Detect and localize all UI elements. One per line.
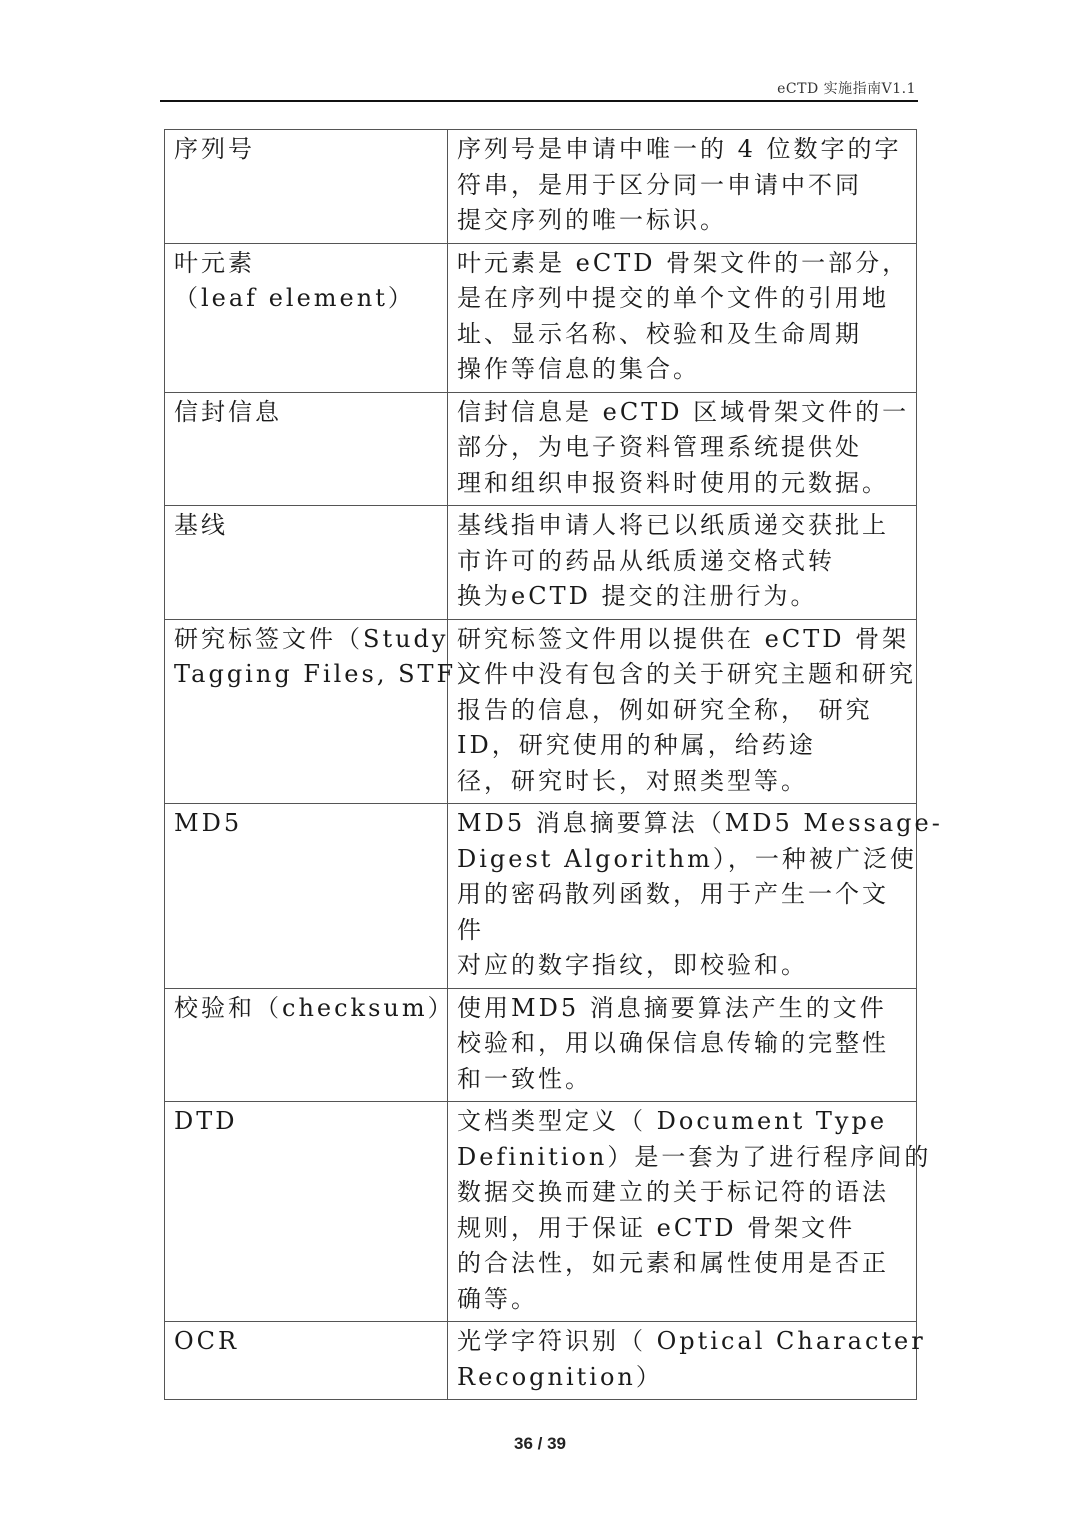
definition-text: 件 (457, 913, 908, 949)
definition-cell: 信封信息是 eCTD 区域骨架文件的一部分，为电子资料管理系统提供处理和组织申报… (448, 392, 917, 506)
definition-text: 数据交换而建立的关于标记符的语法 (457, 1175, 908, 1211)
definition-text: 光学字符识别（ Optical Character (457, 1324, 908, 1360)
term-cell: MD5 (165, 804, 448, 989)
term-text: MD5 (174, 806, 439, 842)
definition-text: Digest Algorithm），一种被广泛使 (457, 842, 908, 878)
table-row: OCR光学字符识别（ Optical CharacterRecognition） (165, 1322, 917, 1400)
definition-text: 市许可的药品从纸质递交格式转 (457, 544, 908, 580)
definition-text: Recognition） (457, 1360, 908, 1396)
table-row: 校验和（checksum）使用MD5 消息摘要算法产生的文件校验和，用以确保信息… (165, 988, 917, 1102)
definition-text: 规则，用于保证 eCTD 骨架文件 (457, 1211, 908, 1247)
definition-text: 和一致性。 (457, 1062, 908, 1098)
definition-text: 操作等信息的集合。 (457, 352, 908, 388)
definition-text: 用的密码散列函数，用于产生一个文 (457, 877, 908, 913)
header-divider (160, 100, 918, 102)
definition-cell: 光学字符识别（ Optical CharacterRecognition） (448, 1322, 917, 1400)
definition-text: 径，研究时长，对照类型等。 (457, 764, 908, 800)
definition-cell: 研究标签文件用以提供在 eCTD 骨架文件中没有包含的关于研究主题和研究报告的信… (448, 619, 917, 804)
definition-text: 校验和，用以确保信息传输的完整性 (457, 1026, 908, 1062)
term-text: OCR (174, 1324, 439, 1360)
definitions-table: 序列号序列号是申请中唯一的 4 位数字的字符串，是用于区分同一申请中不同提交序列… (164, 129, 917, 1400)
term-text: 信封信息 (174, 395, 439, 431)
definition-text: 址、显示名称、校验和及生命周期 (457, 317, 908, 353)
term-cell: DTD (165, 1102, 448, 1322)
definition-text: 叶元素是 eCTD 骨架文件的一部分， (457, 246, 908, 282)
document-header-title: eCTD 实施指南V1.1 (777, 78, 916, 98)
term-text: 序列号 (174, 132, 439, 168)
definition-cell: 使用MD5 消息摘要算法产生的文件校验和，用以确保信息传输的完整性和一致性。 (448, 988, 917, 1102)
definition-text: 报告的信息，例如研究全称， 研究 (457, 693, 908, 729)
table-row: 信封信息信封信息是 eCTD 区域骨架文件的一部分，为电子资料管理系统提供处理和… (165, 392, 917, 506)
definition-text: MD5 消息摘要算法（MD5 Message- (457, 806, 908, 842)
definition-cell: 叶元素是 eCTD 骨架文件的一部分，是在序列中提交的单个文件的引用地址、显示名… (448, 243, 917, 392)
term-text: （leaf element） (174, 281, 439, 317)
definition-text: 符串，是用于区分同一申请中不同 (457, 168, 908, 204)
definition-text: 的合法性，如元素和属性使用是否正 (457, 1246, 908, 1282)
definition-cell: 序列号是申请中唯一的 4 位数字的字符串，是用于区分同一申请中不同提交序列的唯一… (448, 130, 917, 244)
table-row: MD5MD5 消息摘要算法（MD5 Message-Digest Algorit… (165, 804, 917, 989)
definition-cell: 文档类型定义（ Document TypeDefinition）是一套为了进行程… (448, 1102, 917, 1322)
term-text: DTD (174, 1104, 439, 1140)
definition-text: Definition）是一套为了进行程序间的 (457, 1140, 908, 1176)
definition-text: ID，研究使用的种属，给药途 (457, 728, 908, 764)
definition-text: 使用MD5 消息摘要算法产生的文件 (457, 991, 908, 1027)
definition-text: 研究标签文件用以提供在 eCTD 骨架 (457, 622, 908, 658)
definition-text: 部分，为电子资料管理系统提供处 (457, 430, 908, 466)
definition-text: 文件中没有包含的关于研究主题和研究 (457, 657, 908, 693)
term-text: 叶元素 (174, 246, 439, 282)
definition-text: 提交序列的唯一标识。 (457, 203, 908, 239)
table-row: 基线基线指申请人将已以纸质递交获批上市许可的药品从纸质递交格式转换为eCTD 提… (165, 506, 917, 620)
term-cell: OCR (165, 1322, 448, 1400)
term-text: 校验和（checksum） (174, 991, 439, 1027)
definition-cell: MD5 消息摘要算法（MD5 Message-Digest Algorithm）… (448, 804, 917, 989)
term-text: 研究标签文件（Study (174, 622, 439, 658)
table-row: 研究标签文件（StudyTagging Files, STF）研究标签文件用以提… (165, 619, 917, 804)
definition-text: 信封信息是 eCTD 区域骨架文件的一 (457, 395, 908, 431)
definition-text: 对应的数字指纹，即校验和。 (457, 948, 908, 984)
definition-text: 确等。 (457, 1282, 908, 1318)
definition-text: 文档类型定义（ Document Type (457, 1104, 908, 1140)
table-row: 序列号序列号是申请中唯一的 4 位数字的字符串，是用于区分同一申请中不同提交序列… (165, 130, 917, 244)
definition-text: 序列号是申请中唯一的 4 位数字的字 (457, 132, 908, 168)
term-cell: 序列号 (165, 130, 448, 244)
table-row: 叶元素（leaf element）叶元素是 eCTD 骨架文件的一部分，是在序列… (165, 243, 917, 392)
term-cell: 基线 (165, 506, 448, 620)
term-cell: 叶元素（leaf element） (165, 243, 448, 392)
page-number: 36 / 39 (0, 1434, 1080, 1454)
table-row: DTD文档类型定义（ Document TypeDefinition）是一套为了… (165, 1102, 917, 1322)
definition-text: 是在序列中提交的单个文件的引用地 (457, 281, 908, 317)
definition-cell: 基线指申请人将已以纸质递交获批上市许可的药品从纸质递交格式转换为eCTD 提交的… (448, 506, 917, 620)
definition-text: 理和组织申报资料时使用的元数据。 (457, 466, 908, 502)
term-text: 基线 (174, 508, 439, 544)
term-text: Tagging Files, STF） (174, 657, 439, 693)
term-cell: 研究标签文件（StudyTagging Files, STF） (165, 619, 448, 804)
term-cell: 校验和（checksum） (165, 988, 448, 1102)
definition-text: 基线指申请人将已以纸质递交获批上 (457, 508, 908, 544)
term-cell: 信封信息 (165, 392, 448, 506)
definition-text: 换为eCTD 提交的注册行为。 (457, 579, 908, 615)
